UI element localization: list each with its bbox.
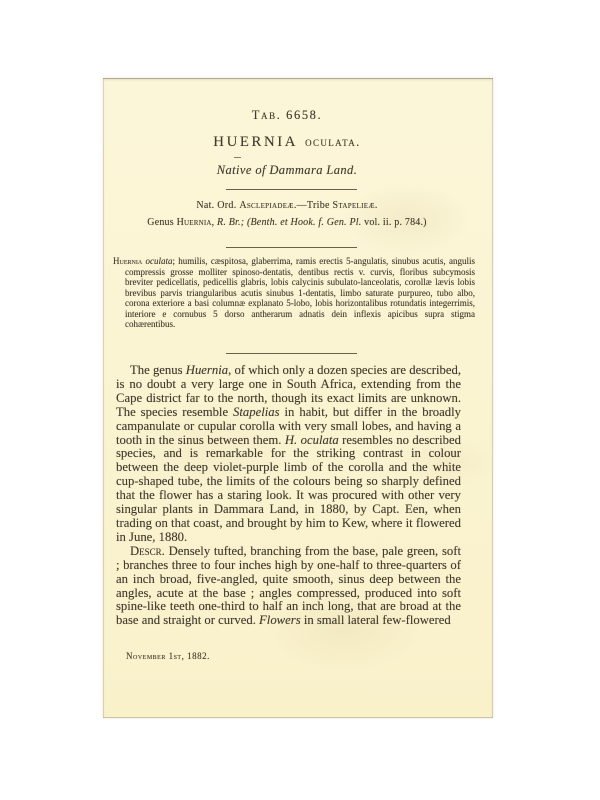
body-text: The genus Huernia, of which only a dozen… xyxy=(116,364,461,628)
native-locality-line: Native of Dammara Land. xyxy=(113,163,461,178)
title-species: oculata. xyxy=(305,135,361,149)
paragraph-description: Descr. Densely tufted, branching from th… xyxy=(116,545,461,628)
scan-canvas: { "page": { "colors": { "background": "#… xyxy=(0,0,600,800)
document-page: Tab. 6658. HUERNIAoculata. Native of Dam… xyxy=(103,78,493,718)
natural-order-line: Nat. Ord. Asclepiadeæ.—Tribe Stapelieæ. xyxy=(113,200,461,211)
divider-rule-bottom xyxy=(226,353,357,354)
genus-reference-line: Genus Huernia, R. Br.; (Benth. et Hook. … xyxy=(113,217,461,228)
species-title: HUERNIAoculata. xyxy=(113,133,461,151)
latin-diagnosis: Huernia oculata; humilis, cæspitosa, gla… xyxy=(113,256,475,330)
print-artifact-mark xyxy=(234,157,241,158)
divider-rule-top xyxy=(226,189,357,190)
paragraph-introduction: The genus Huernia, of which only a dozen… xyxy=(116,364,461,545)
issue-date-line: November 1st, 1882. xyxy=(126,651,210,661)
plate-number: Tab. 6658. xyxy=(113,108,461,123)
divider-rule-middle xyxy=(226,247,357,248)
title-genus: HUERNIA xyxy=(213,134,298,150)
